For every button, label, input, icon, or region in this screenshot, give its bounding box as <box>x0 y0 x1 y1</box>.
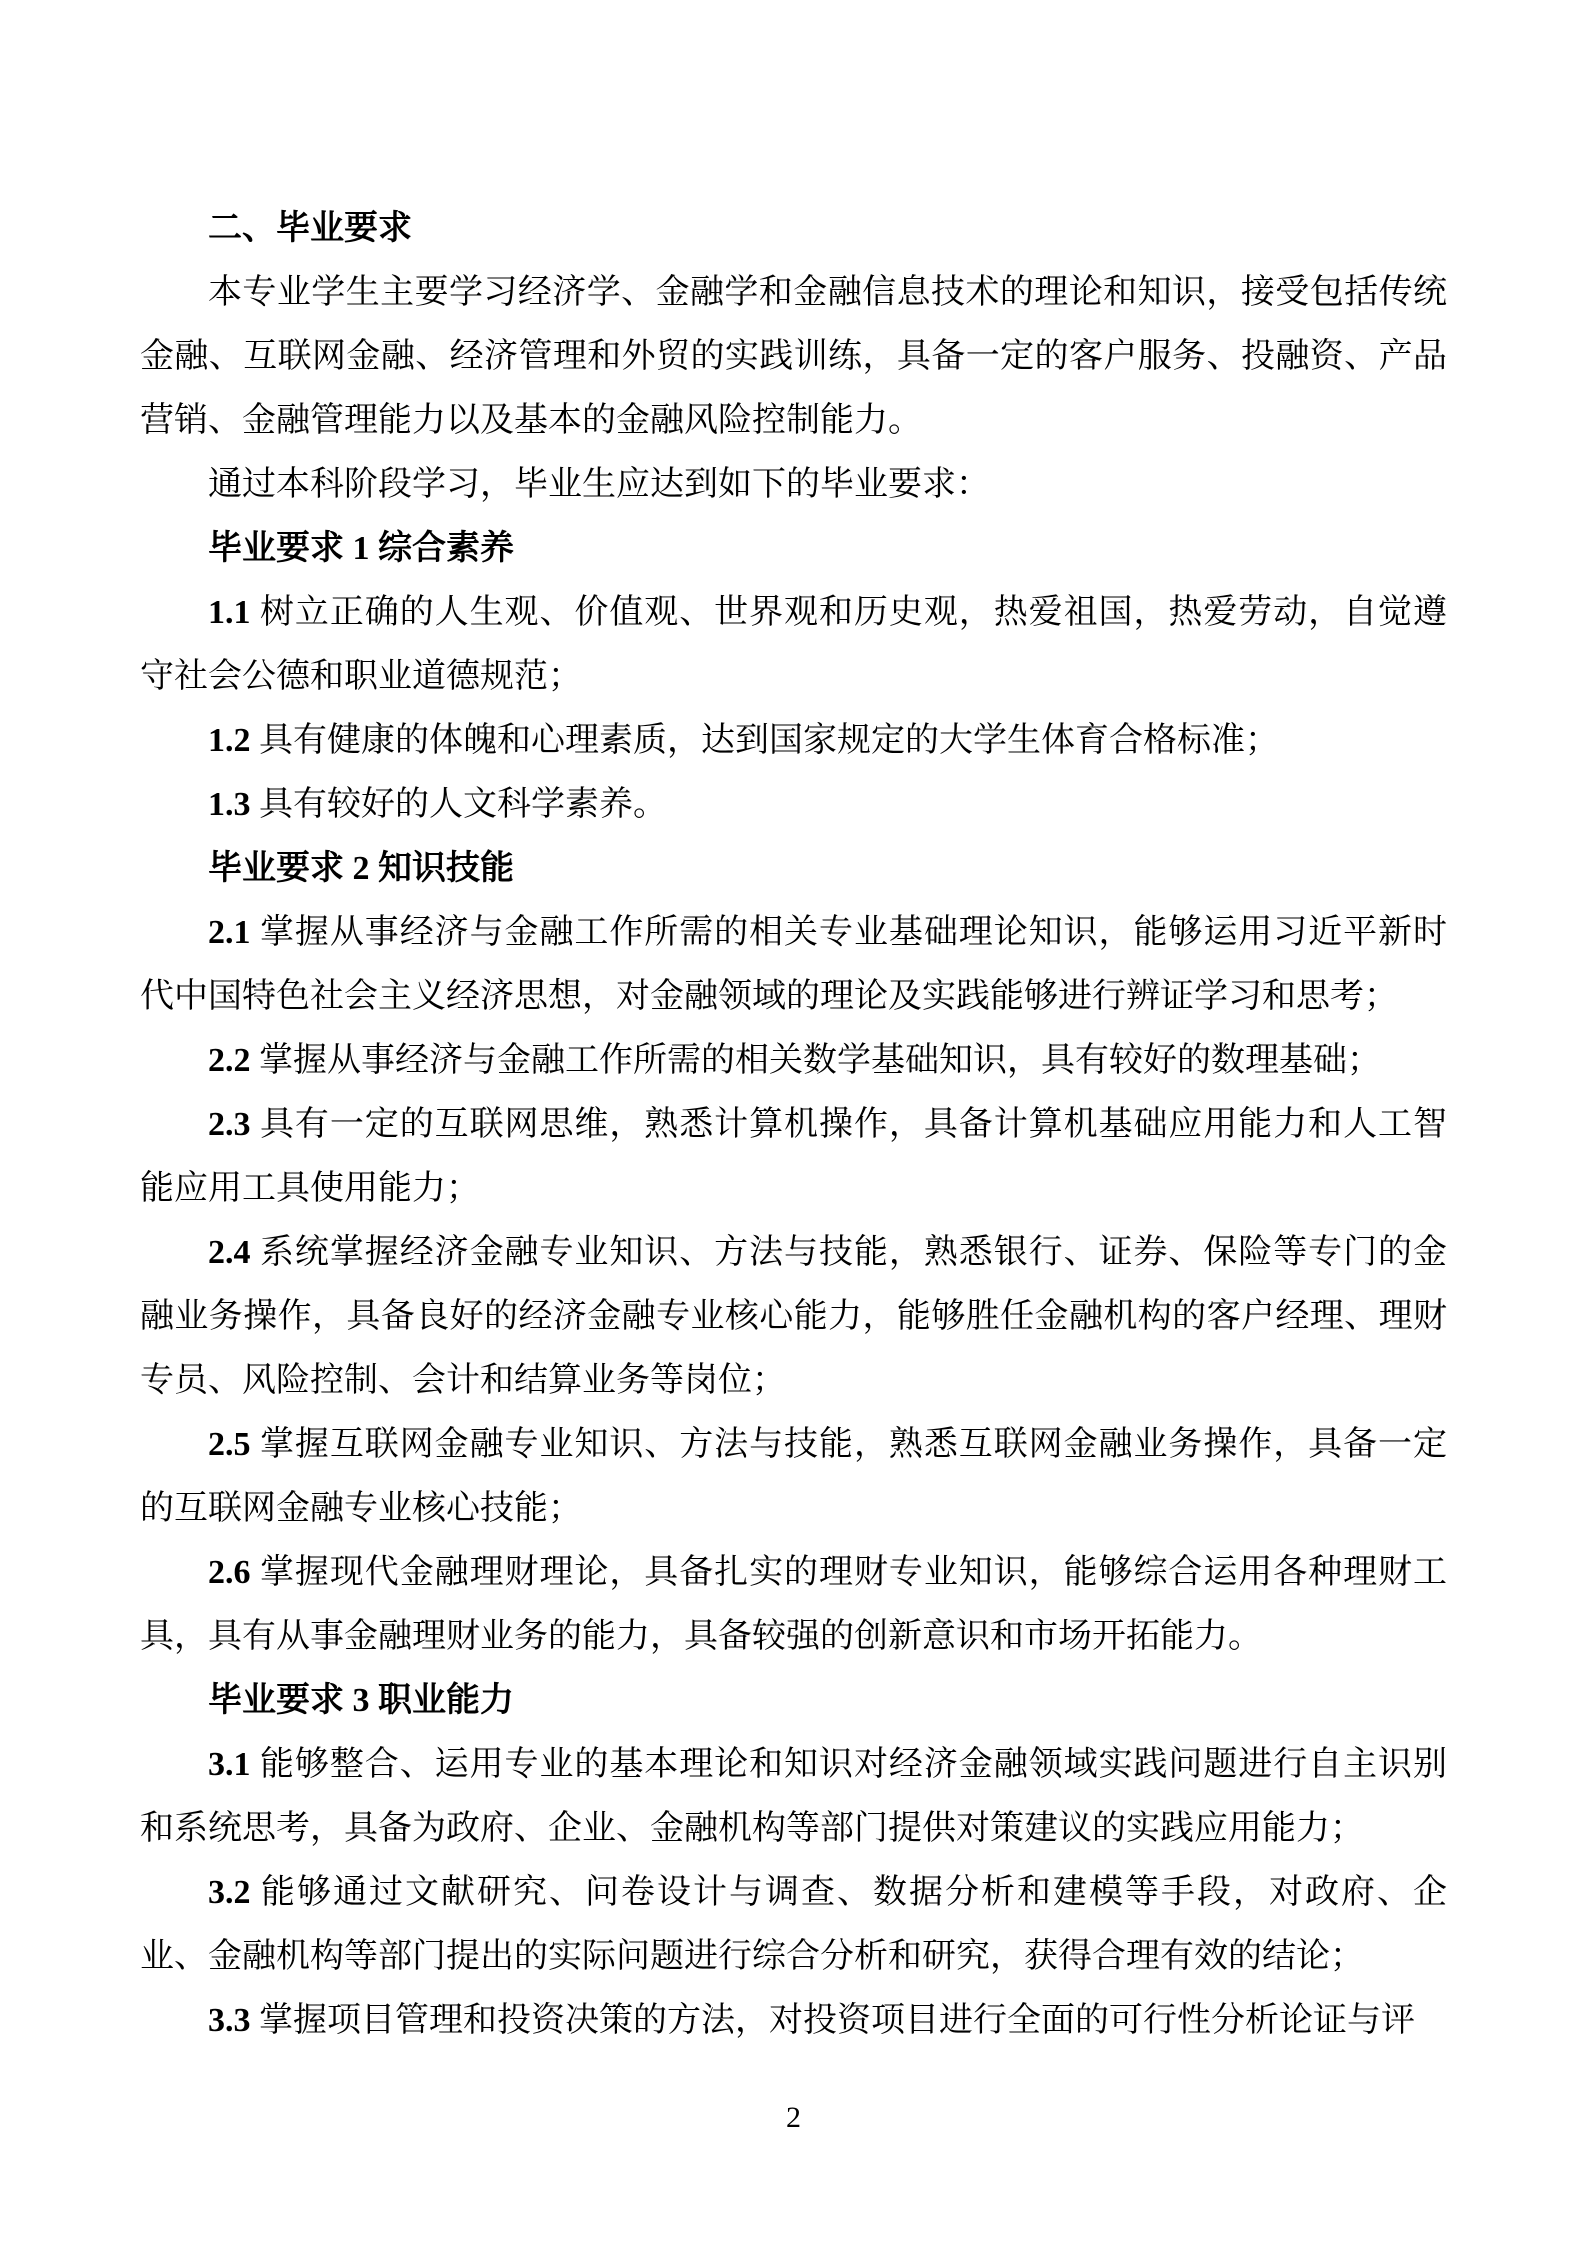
paragraph: 2.2 掌握从事经济与金融工作所需的相关数学基础知识，具有较好的数理基础； <box>140 1029 1447 1093</box>
document-body: 二、毕业要求本专业学生主要学习经济学、金融学和金融信息技术的理论和知识，接受包括… <box>140 197 1447 2053</box>
item-number: 1.2 <box>208 722 251 759</box>
paragraph: 1.1 树立正确的人生观、价值观、世界观和历史观，热爱祖国，热爱劳动，自觉遵守社… <box>140 581 1447 709</box>
document-page: 二、毕业要求本专业学生主要学习经济学、金融学和金融信息技术的理论和知识，接受包括… <box>0 0 1587 2245</box>
paragraph: 2.4 系统掌握经济金融专业知识、方法与技能，熟悉银行、证券、保险等专门的金融业… <box>140 1221 1447 1413</box>
section-heading: 毕业要求 1 综合素养 <box>140 517 1447 581</box>
item-number: 2.2 <box>208 1042 251 1079</box>
item-number: 2.3 <box>208 1106 251 1143</box>
item-number: 2.1 <box>208 914 251 951</box>
item-number: 3.3 <box>208 2002 251 2039</box>
item-number: 2.5 <box>208 1426 251 1463</box>
paragraph: 2.1 掌握从事经济与金融工作所需的相关专业基础理论知识，能够运用习近平新时代中… <box>140 901 1447 1029</box>
section-heading: 毕业要求 3 职业能力 <box>140 1669 1447 1733</box>
section-heading: 二、毕业要求 <box>140 197 1447 261</box>
paragraph: 3.3 掌握项目管理和投资决策的方法，对投资项目进行全面的可行性分析论证与评 <box>140 1989 1447 2053</box>
page-number: 2 <box>0 2098 1587 2138</box>
paragraph: 2.6 掌握现代金融理财理论，具备扎实的理财专业知识，能够综合运用各种理财工具，… <box>140 1541 1447 1669</box>
paragraph: 3.2 能够通过文献研究、问卷设计与调查、数据分析和建模等手段，对政府、企业、金… <box>140 1861 1447 1989</box>
item-number: 2.4 <box>208 1234 251 1271</box>
item-number: 3.2 <box>208 1874 251 1911</box>
paragraph: 2.3 具有一定的互联网思维，熟悉计算机操作，具备计算机基础应用能力和人工智能应… <box>140 1093 1447 1221</box>
paragraph: 1.2 具有健康的体魄和心理素质，达到国家规定的大学生体育合格标准； <box>140 709 1447 773</box>
paragraph: 通过本科阶段学习，毕业生应达到如下的毕业要求： <box>140 453 1447 517</box>
item-number: 1.1 <box>208 594 251 631</box>
paragraph: 3.1 能够整合、运用专业的基本理论和知识对经济金融领域实践问题进行自主识别和系… <box>140 1733 1447 1861</box>
section-heading: 毕业要求 2 知识技能 <box>140 837 1447 901</box>
paragraph: 1.3 具有较好的人文科学素养。 <box>140 773 1447 837</box>
item-number: 2.6 <box>208 1554 251 1591</box>
item-number: 3.1 <box>208 1746 251 1783</box>
paragraph: 本专业学生主要学习经济学、金融学和金融信息技术的理论和知识，接受包括传统金融、互… <box>140 261 1447 453</box>
item-number: 1.3 <box>208 786 251 823</box>
paragraph: 2.5 掌握互联网金融专业知识、方法与技能，熟悉互联网金融业务操作，具备一定的互… <box>140 1413 1447 1541</box>
